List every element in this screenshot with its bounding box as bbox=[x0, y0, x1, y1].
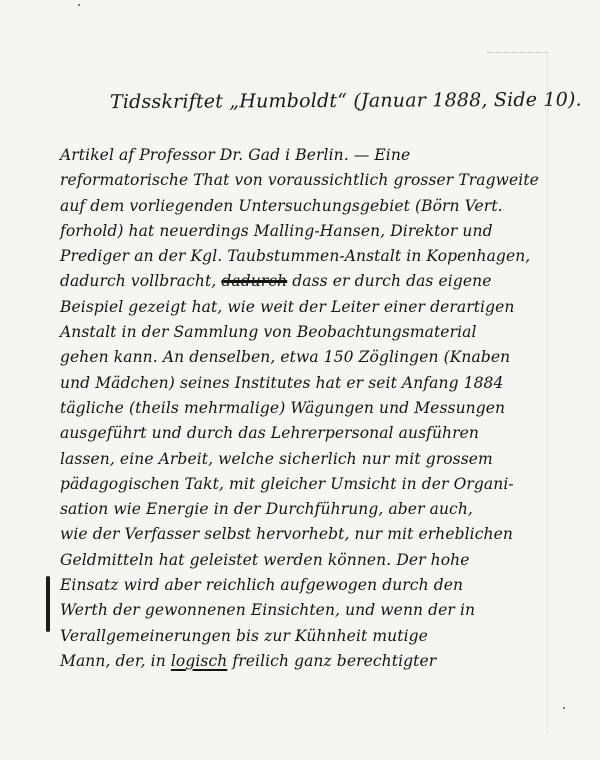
text-line: Verallgemeinerungen bis zur Kühnheit mut… bbox=[60, 624, 560, 649]
text-line: sation wie Energie in der Durchführung, … bbox=[60, 497, 560, 522]
text-line-with-strikethrough: dadurch vollbracht, dadurch dass er durc… bbox=[60, 269, 560, 294]
text-line: Geldmitteln hat geleistet werden können.… bbox=[60, 548, 560, 573]
text-line: tägliche (theils mehrmalige) Wägungen un… bbox=[60, 396, 560, 421]
text-line: Werth der gewonnenen Einsichten, und wen… bbox=[60, 598, 560, 623]
text-line: pädagogischen Takt, mit gleicher Umsicht… bbox=[60, 472, 560, 497]
text-line: ausgeführt und durch das Lehrerpersonal … bbox=[60, 421, 560, 446]
margin-mark bbox=[46, 576, 50, 632]
scan-border-top bbox=[487, 52, 547, 53]
text-line: Artikel af Professor Dr. Gad i Berlin. —… bbox=[60, 143, 560, 168]
text-line: gehen kann. An denselben, etwa 150 Zögli… bbox=[60, 345, 560, 370]
handwritten-body: Artikel af Professor Dr. Gad i Berlin. —… bbox=[60, 143, 560, 674]
document-title: Tidsskriftet „Humboldt“ (Januar 1888, Si… bbox=[110, 89, 530, 113]
text-line: auf dem vorliegenden Untersuchungsgebiet… bbox=[60, 194, 560, 219]
underlined-word: logisch bbox=[171, 652, 228, 670]
text-line: und Mädchen) seines Institutes hat er se… bbox=[60, 371, 560, 396]
text-line: Beispiel gezeigt hat, wie weit der Leite… bbox=[60, 295, 560, 320]
text-segment: Mann, der, in bbox=[60, 652, 171, 670]
text-segment: dass er durch das eigene bbox=[287, 272, 491, 290]
text-line-with-underline: Mann, der, in logisch freilich ganz bere… bbox=[60, 649, 560, 674]
text-line: Prediger an der Kgl. Taubstummen-Anstalt… bbox=[60, 244, 560, 269]
struck-out-word: dadurch bbox=[221, 272, 287, 290]
text-line: forhold) hat neuerdings Malling-Hansen, … bbox=[60, 219, 560, 244]
text-line: lassen, eine Arbeit, welche sicherlich n… bbox=[60, 447, 560, 472]
manuscript-page: Tidsskriftet „Humboldt“ (Januar 1888, Si… bbox=[0, 0, 600, 760]
paper-speck bbox=[563, 707, 565, 709]
text-line: Einsatz wird aber reichlich aufgewogen d… bbox=[60, 573, 560, 598]
paper-speck bbox=[78, 4, 80, 6]
text-line: reformatorische That von voraussichtlich… bbox=[60, 168, 560, 193]
text-line: wie der Verfasser selbst hervorhebt, nur… bbox=[60, 522, 560, 547]
text-line: Anstalt in der Sammlung von Beobachtungs… bbox=[60, 320, 560, 345]
text-segment: freilich ganz berechtigter bbox=[227, 652, 436, 670]
text-segment: dadurch vollbracht, bbox=[60, 272, 221, 290]
